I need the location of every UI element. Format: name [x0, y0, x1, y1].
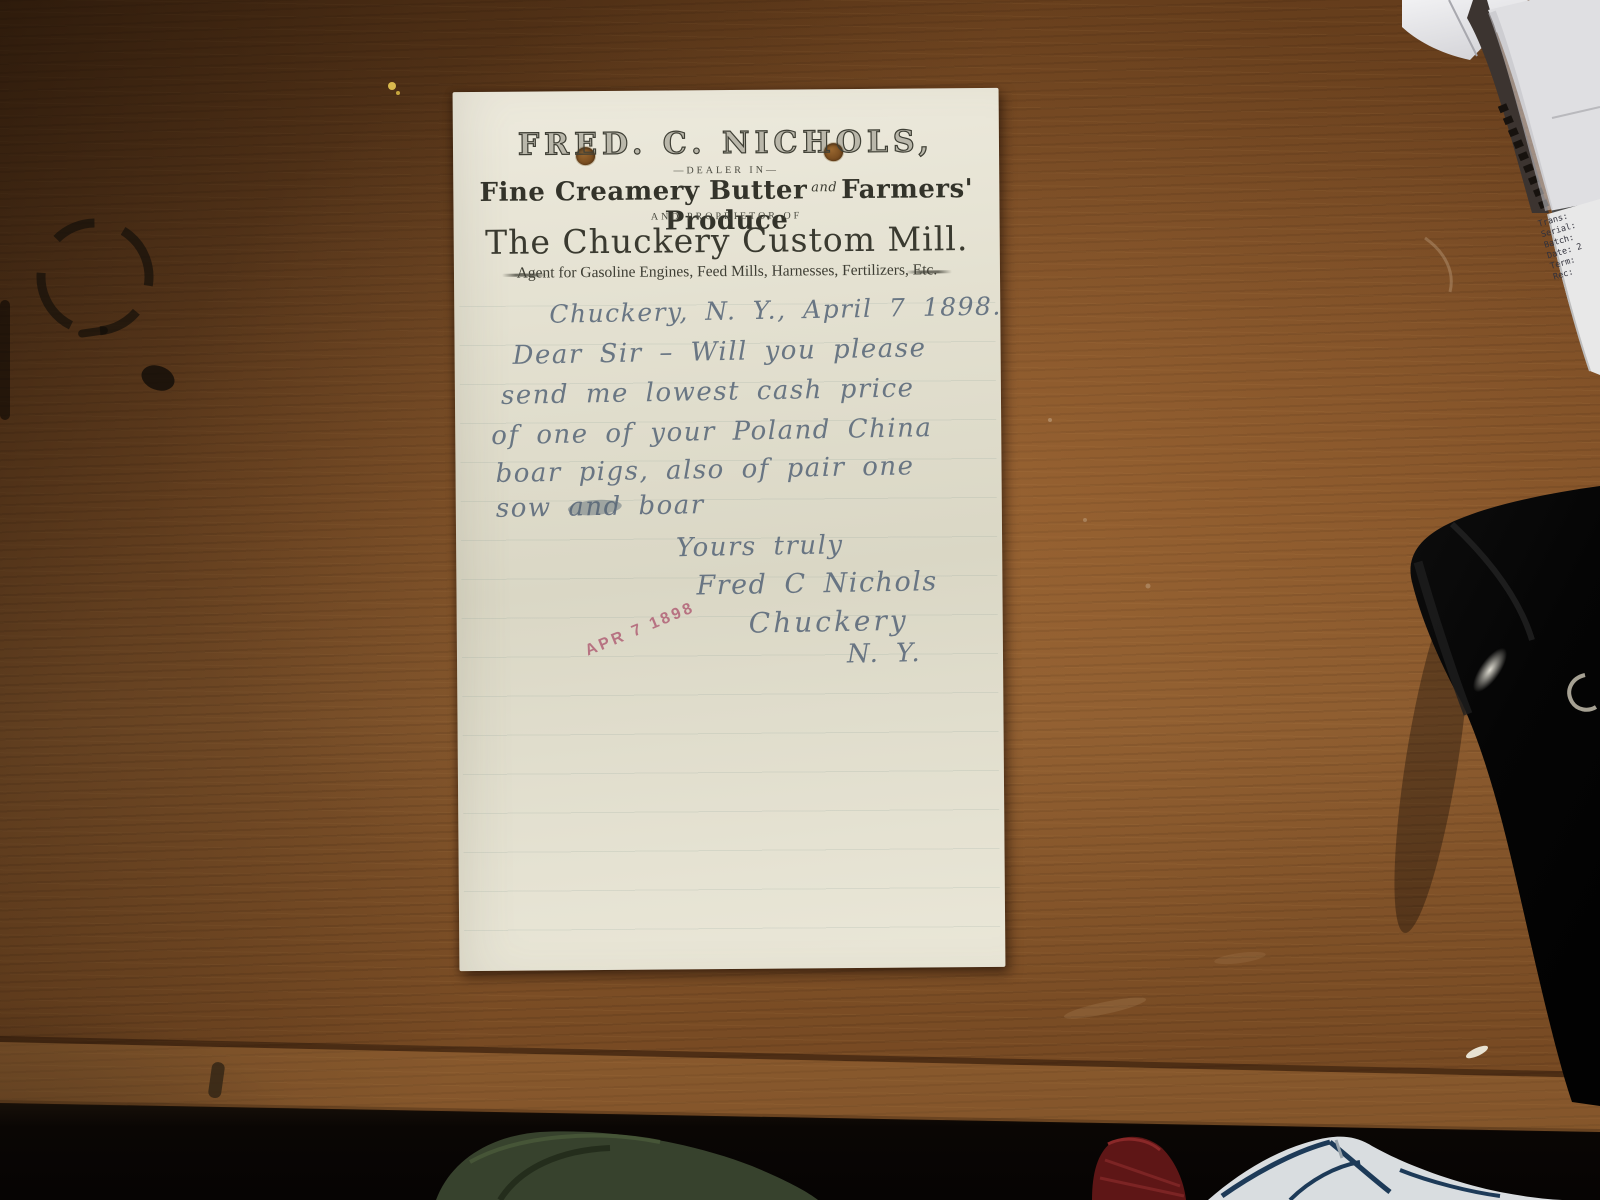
- products-left: Fine Creamery Butter: [479, 175, 807, 208]
- products-and: and: [811, 180, 837, 195]
- valediction: Yours truly: [676, 530, 844, 563]
- signature: Fred C Nichols: [696, 566, 938, 601]
- signature-state: N. Y.: [847, 638, 922, 669]
- photo-scene: Trans: Serial: Batch: Date: 2 Term: Rec:…: [0, 0, 1600, 1200]
- letter-document: FRED. C. NICHOLS, —DEALER IN— Fine Cream…: [453, 88, 1006, 971]
- white-speck: [1464, 1043, 1489, 1060]
- flourish-left: [502, 273, 548, 276]
- yellow-speck: [388, 82, 396, 90]
- flourish-right: [906, 270, 952, 273]
- signature-place: Chuckery: [748, 604, 908, 640]
- black-object: [1379, 486, 1600, 1106]
- stacked-papers: [1402, 0, 1600, 375]
- letterhead-name: FRED. C. NICHOLS,: [453, 124, 999, 163]
- letterhead-business-name: The Chuckery Custom Mill.: [454, 219, 1000, 262]
